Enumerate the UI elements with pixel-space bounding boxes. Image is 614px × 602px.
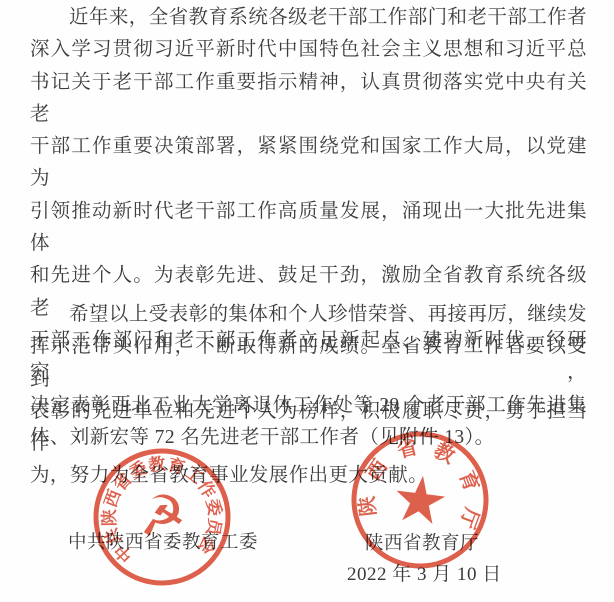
official-seal-education-department: 陕西省教育厅 ★ [345,425,495,575]
body-line-1: 近年来，全省教育系统各级老干部工作部门和老干部工作者 [30,2,587,34]
body-line-2: 深入学习贯彻习近平新时代中国特色社会主义思想和习近平总 [30,34,587,66]
body-line-4: 干部工作重要决策部署，紧紧围绕党和国家工作大局，以党建为 [30,131,587,196]
body-line-5: 引领推动新时代老干部工作高质量发展，涌现出一大批先进集体 [30,196,587,261]
official-seal-party-committee: 中共陕西省委教育工作委员会 ☭ [87,442,237,592]
document-page: 近年来，全省教育系统各级老干部工作部门和老干部工作者 深入学习贯彻习近平新时代中… [0,0,614,602]
body-line-10: 希望以上受表彰的集体和个人珍惜荣誉、再接再厉，继续发 [30,299,587,331]
body-line-3: 书记关于老干部工作重要指示精神，认真贯彻落实党中央有关老 [30,67,587,132]
star-icon: ★ [387,462,453,539]
body-line-11: 挥示范带头作用，不断取得新的成绩。全省教育工作者要以受到 [30,331,587,396]
hammer-and-sickle-icon: ☭ [135,484,189,549]
